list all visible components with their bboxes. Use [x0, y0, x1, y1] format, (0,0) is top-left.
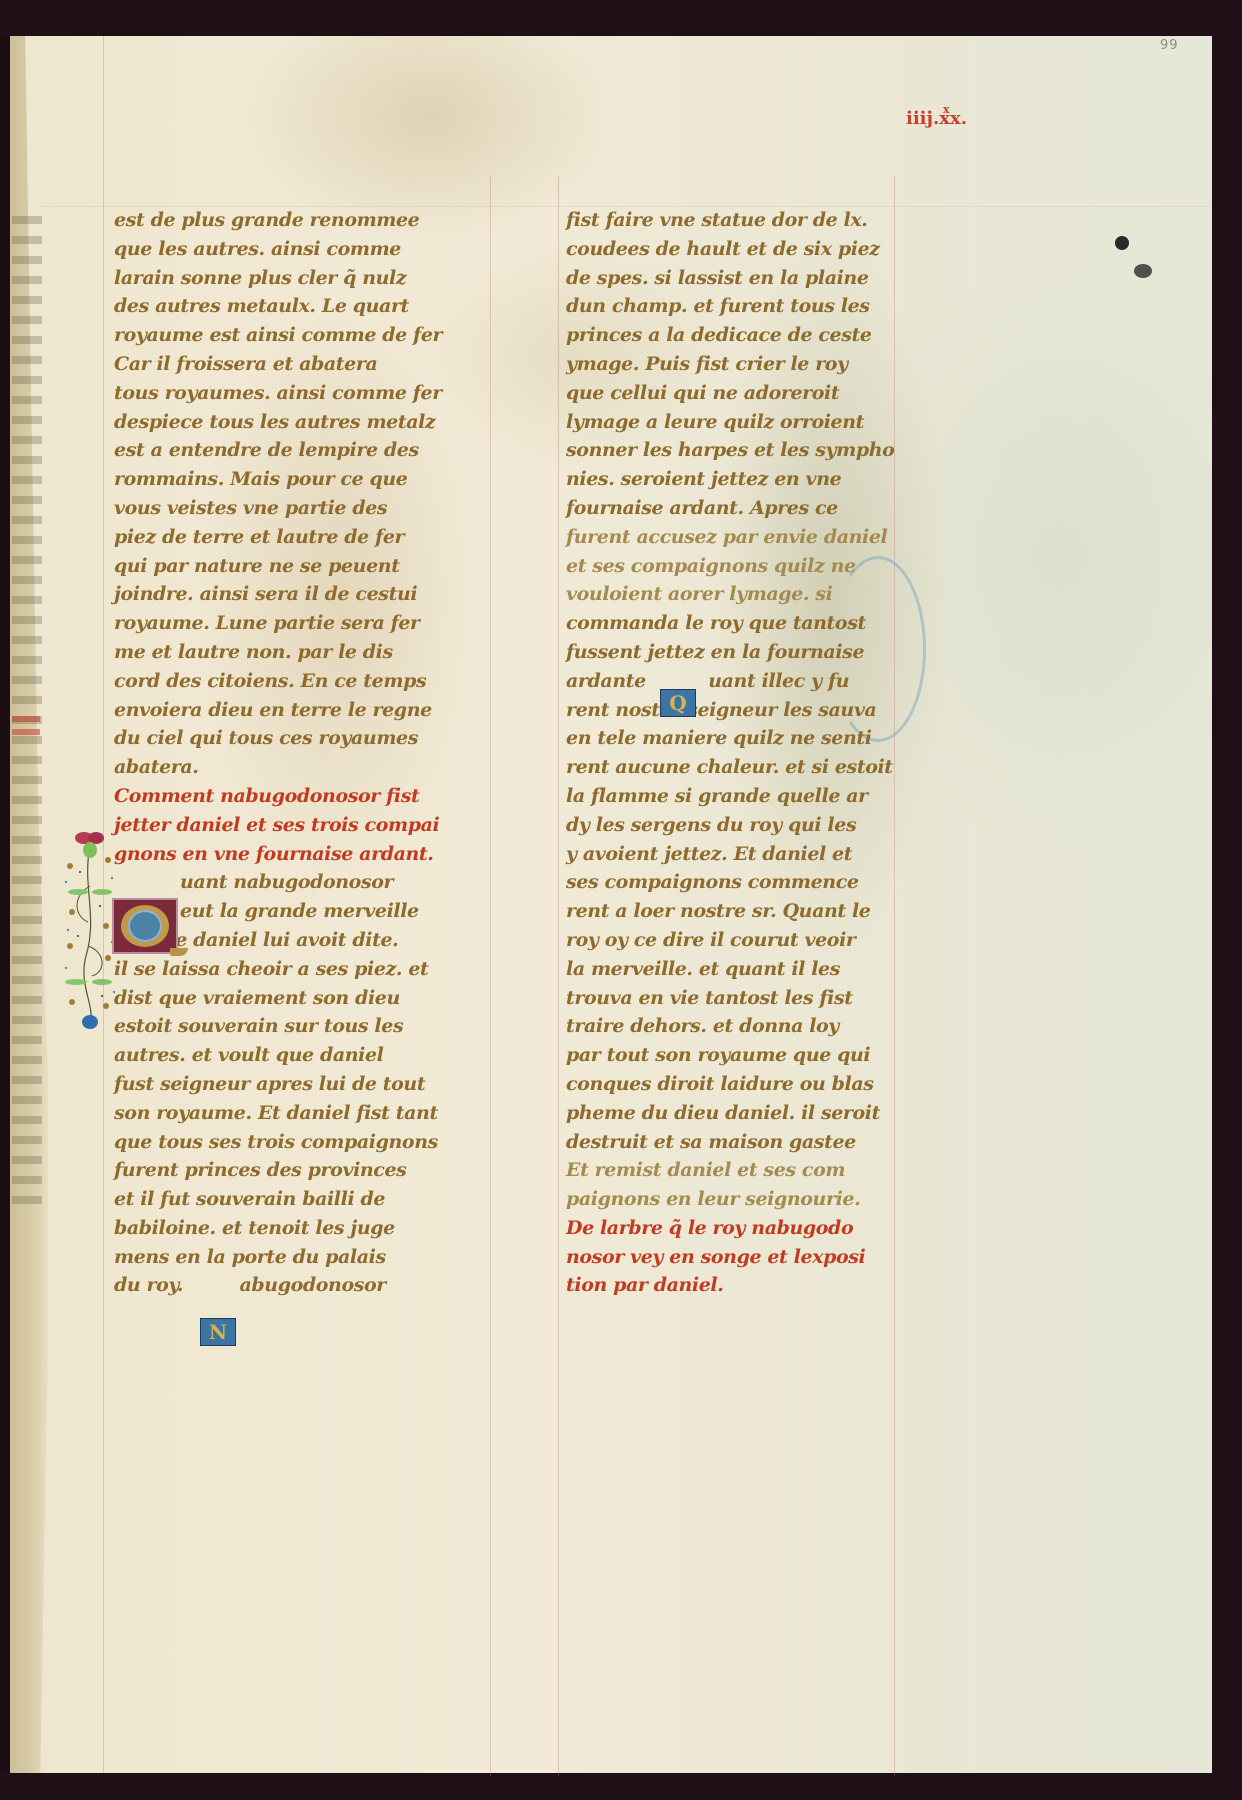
text-line: estoit souverain sur tous les — [114, 1012, 486, 1041]
rubric-heading-line: nosor vey en songe et lexposi — [566, 1243, 926, 1272]
text-line: pheme du dieu daniel. il seroit — [566, 1099, 926, 1128]
text-line: joindre. ainsi sera il de cestui — [114, 580, 486, 609]
text-line: sonner les harpes et les sympho — [566, 436, 926, 465]
text-line: royaume. Lune partie sera fer — [114, 609, 486, 638]
text-line: furent princes des provinces — [114, 1156, 486, 1185]
text-line: me et lautre non. par le dis — [114, 638, 486, 667]
text-fragment: uant illec y fu — [708, 670, 849, 692]
text-line: fournaise ardant. Apres ce — [566, 494, 926, 523]
text-line: ymage. Puis fist crier le roy — [566, 350, 926, 379]
text-line: vouloient aorer lymage. si — [566, 580, 926, 609]
text-line: commanda le roy que tantost — [566, 609, 926, 638]
initial-q-interlace — [128, 910, 162, 942]
text-line: est de plus grande renommee — [114, 206, 486, 235]
running-header-superscript: x — [943, 103, 950, 116]
text-line: rent aucune chaleur. et si estoit — [566, 753, 926, 782]
text-line: et il fut souverain bailli de — [114, 1185, 486, 1214]
text-line: conques diroit laidure ou blas — [566, 1070, 926, 1099]
decorated-initial-q — [112, 898, 178, 954]
text-line: roy oy ce dire il courut veoir — [566, 926, 926, 955]
rubric-heading-line: gnons en vne fournaise ardant. — [114, 840, 486, 869]
text-line: la flamme si grande quelle ar — [566, 782, 926, 811]
text-line: y avoient jettez. Et daniel et — [566, 840, 926, 869]
text-line: tous royaumes. ainsi comme fer — [114, 379, 486, 408]
text-line: paignons en leur seignourie. — [566, 1185, 926, 1214]
text-line: de spes. si lassist en la plaine — [566, 264, 926, 293]
folio-number: 99 — [1160, 38, 1179, 53]
initial-q-bowl — [121, 905, 169, 947]
text-line: rent a loer nostre sr. Quant le — [566, 897, 926, 926]
text-line: rent nostre seigneur les sauva — [566, 696, 926, 725]
text-line: princes a la dedicace de ceste — [566, 321, 926, 350]
small-initial-n: N — [200, 1318, 236, 1346]
text-line: furent accusez par envie daniel — [566, 523, 926, 552]
small-initial-q: Q — [660, 689, 696, 717]
text-line: mens en la porte du palais — [114, 1243, 486, 1272]
scan-frame-bottom — [0, 1773, 1242, 1800]
text-line: despiece tous les autres metalz — [114, 408, 486, 437]
text-line: autres. et voult que daniel — [114, 1041, 486, 1070]
text-line: qui par nature ne se peuent — [114, 552, 486, 581]
text-column-left: est de plus grande renommee que les autr… — [114, 206, 486, 1300]
text-line: coudees de hault et de six piez — [566, 235, 926, 264]
text-line: Car il froissera et abatera — [114, 350, 486, 379]
scan-frame-top — [0, 0, 1242, 36]
text-line: ses compaignons commence — [566, 868, 926, 897]
text-line: dy les sergens du roy qui les — [566, 811, 926, 840]
text-line: trouva en vie tantost les fist — [566, 984, 926, 1013]
text-line: fust seigneur apres lui de tout — [114, 1070, 486, 1099]
text-fragment: du roy. — [114, 1274, 183, 1296]
text-line: cord des citoiens. En ce temps — [114, 667, 486, 696]
text-fragment: ardante — [566, 670, 646, 692]
text-line: des autres metaulx. Le quart — [114, 292, 486, 321]
text-line: babiloine. et tenoit les juge — [114, 1214, 486, 1243]
text-line: du roy. abugodonosor — [114, 1271, 486, 1300]
ink-blot — [1134, 264, 1152, 278]
text-line: abatera. — [114, 753, 486, 782]
text-fragment: abugodonosor — [240, 1274, 386, 1296]
text-line: lymage a leure quilz orroient — [566, 408, 926, 437]
text-line: son royaume. Et daniel fist tant — [114, 1099, 486, 1128]
text-line: que cellui qui ne adoreroit — [566, 379, 926, 408]
adjacent-page-rubric — [12, 716, 40, 742]
running-header: iiij.xx.x — [906, 108, 974, 128]
text-line: et ses compaignons quilz ne — [566, 552, 926, 581]
text-line: la merveille. et quant il les — [566, 955, 926, 984]
text-column-right: fist faire vne statue dor de lx. coudees… — [566, 206, 926, 1300]
text-line: ardante uant illec y fu — [566, 667, 926, 696]
rubric-heading-line: tion par daniel. — [566, 1271, 926, 1300]
rubric-heading-line: jetter daniel et ses trois compai — [114, 811, 486, 840]
text-line: est a entendre de lempire des — [114, 436, 486, 465]
text-line: du ciel qui tous ces royaumes — [114, 724, 486, 753]
text-line: nies. seroient jettez en vne — [566, 465, 926, 494]
rubric-heading-line: De larbre q̃ le roy nabugodo — [566, 1214, 926, 1243]
text-line: fist faire vne statue dor de lx. — [566, 206, 926, 235]
text-line: piez de terre et lautre de fer — [114, 523, 486, 552]
scan-frame-right — [1212, 0, 1242, 1800]
text-line: uant nabugodonosor — [114, 868, 486, 897]
text-line: vous veistes vne partie des — [114, 494, 486, 523]
text-line: royaume est ainsi comme de fer — [114, 321, 486, 350]
text-line: traire dehors. et donna loy — [566, 1012, 926, 1041]
text-line: envoiera dieu en terre le regne — [114, 696, 486, 725]
text-line: par tout son royaume que qui — [566, 1041, 926, 1070]
text-line: larain sonne plus cler q̃ nulz — [114, 264, 486, 293]
ruling-left-inner — [490, 176, 491, 1776]
text-line: en tele maniere quilz ne senti — [566, 724, 926, 753]
text-line: rommains. Mais pour ce que — [114, 465, 486, 494]
ink-blot — [1115, 236, 1129, 250]
rubric-heading-line: Comment nabugodonosor fist — [114, 782, 486, 811]
text-line: destruit et sa maison gastee — [566, 1128, 926, 1157]
floral-border-spray — [62, 826, 118, 1040]
text-line: fussent jettez en la fournaise — [566, 638, 926, 667]
text-line: dist que vraiement son dieu — [114, 984, 486, 1013]
text-line: dun champ. et furent tous les — [566, 292, 926, 321]
running-header-numeral: iiij.xx. — [906, 108, 967, 129]
ruling-right-outer — [558, 176, 559, 1776]
text-line: que tous ses trois compaignons — [114, 1128, 486, 1157]
text-line: Et remist daniel et ses com — [566, 1156, 926, 1185]
text-line: il se laissa cheoir a ses piez. et — [114, 955, 486, 984]
text-line: que les autres. ainsi comme — [114, 235, 486, 264]
